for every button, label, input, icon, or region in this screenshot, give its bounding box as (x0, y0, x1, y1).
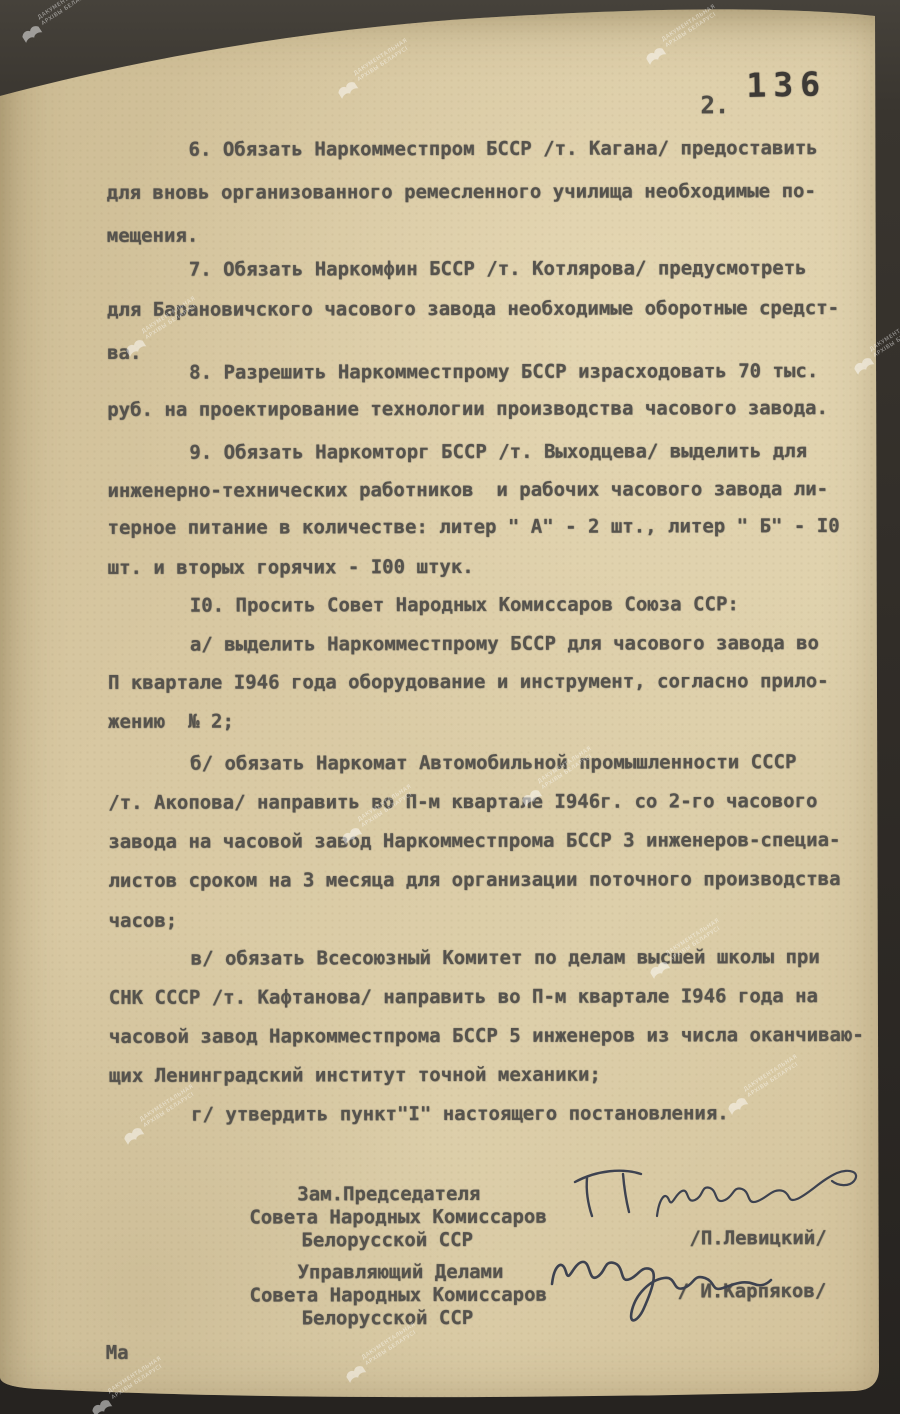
document-line: I0. Просить Совет Народных Комиссаров Со… (190, 593, 739, 616)
document-line: 7. Обязать Наркомфин БССР /т. Котлярова/… (189, 257, 807, 281)
document-line: в/ обязать Всесоюзный Комитет по делам в… (191, 946, 820, 970)
document-line: листов сроком на 3 месяца для организаци… (108, 868, 840, 892)
signature-title-line: Управляющий Делами (297, 1261, 503, 1284)
scanned-archive-document: { "page": { "archive_page_number": "136"… (0, 0, 900, 1414)
signature-title-line: Совета Народных Комиссаров (249, 1206, 546, 1229)
document-line: для вновь организованного ремесленного у… (107, 180, 816, 204)
signature-karpyakov-handwritten (540, 1232, 790, 1337)
typed-page-number: 2. (700, 91, 729, 119)
document-line: завода на часовой завод Наркомместпрома … (108, 829, 840, 853)
document-line: терное питание в количестве: литер " А" … (108, 515, 840, 539)
document-line: часовой завод Наркомместпрома БССР 5 инж… (109, 1024, 864, 1048)
signature-title-line: Белорусской ССР (301, 1229, 473, 1251)
document-line: мещения. (107, 225, 199, 247)
document-line: часов; (109, 910, 178, 932)
signature-title-line: Совета Народных Комиссаров (250, 1284, 547, 1307)
document-line: г/ утвердить пункт"I" настоящего постано… (191, 1102, 729, 1125)
signature-title-line: Зам.Председателя (297, 1183, 480, 1205)
document-line: /т. Акопова/ направить во П-м квартале I… (108, 790, 817, 814)
document-line: 6. Обязать Наркомместпром БССР /т. Каган… (189, 137, 818, 161)
document-line: инженерно-технических работников и рабоч… (107, 478, 828, 502)
document-line: руб. на проектирование технологии произв… (107, 397, 828, 421)
document-line: ва. (107, 342, 141, 364)
document-line: СНК СССР /т. Кафтанова/ направить во П-м… (109, 985, 818, 1009)
document-line: для Барановичского часового завода необх… (107, 297, 839, 321)
document-line: жению № 2; (108, 711, 234, 733)
document-line: шт. и вторых горячих - I00 штук. (108, 556, 474, 579)
typist-initials: Ма (106, 1342, 129, 1364)
archive-page-number-stamp: 136 (746, 64, 827, 105)
document-line: а/ выделить Наркомместпрому БССР для час… (190, 632, 819, 656)
document-line: б/ обязать Наркомат Автомобильной промыш… (190, 751, 796, 775)
document-line: П квартале I946 года оборудование и инст… (108, 670, 829, 694)
document-line: щих Ленинградский институт точной механи… (109, 1064, 601, 1087)
signature-title-line: Белорусской ССР (302, 1307, 474, 1329)
document-line: 8. Разрешить Наркомместпрому БССР израсх… (189, 360, 818, 384)
document-line: 9. Обязать Наркомторг БССР /т. Выходцева… (189, 440, 807, 464)
